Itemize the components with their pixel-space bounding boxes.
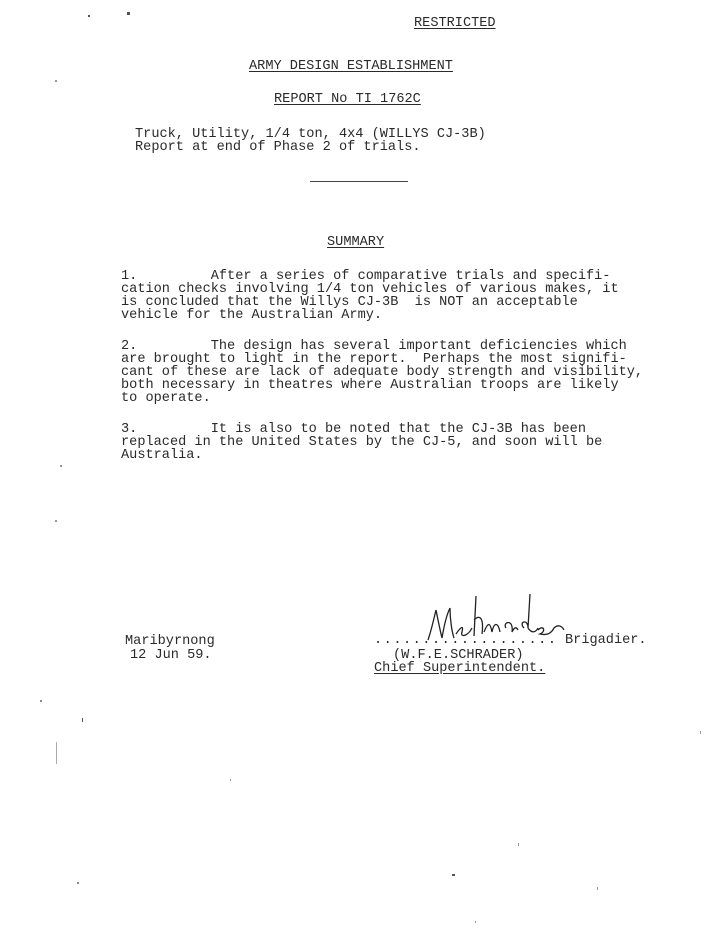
subject-line-2: Report at end of Phase 2 of trials.	[135, 142, 421, 155]
place-of-issue: Maribyrnong	[125, 636, 215, 649]
scan-speck	[127, 12, 130, 15]
scan-speck	[82, 718, 83, 722]
paragraph-line: to operate.	[121, 393, 211, 406]
scan-speck	[56, 742, 57, 764]
scan-speck	[77, 882, 79, 884]
scan-speck	[230, 779, 231, 781]
signatory-rank: Brigadier.	[565, 635, 647, 648]
scan-speck	[700, 731, 701, 734]
classification-marking: RESTRICTED	[414, 18, 496, 31]
organisation-heading: ARMY DESIGN ESTABLISHMENT	[249, 61, 453, 74]
divider-rule	[310, 181, 408, 182]
summary-heading: SUMMARY	[327, 237, 384, 250]
paragraph-line: Australia.	[121, 450, 203, 463]
scan-speck	[88, 15, 90, 17]
paragraph-line: vehicle for the Australian Army.	[121, 310, 382, 323]
scan-speck	[452, 874, 455, 876]
issue-date: 12 Jun 59.	[130, 650, 212, 663]
scan-speck	[40, 700, 42, 702]
scan-speck	[597, 887, 598, 890]
scan-speck	[55, 520, 57, 522]
scan-speck	[55, 80, 57, 82]
scan-speck	[518, 843, 519, 846]
report-number: REPORT No TI 1762C	[274, 94, 421, 107]
scan-speck	[60, 465, 62, 467]
handwritten-signature	[420, 588, 570, 648]
signatory-title: Chief Superintendent.	[374, 663, 545, 676]
scan-speck	[475, 921, 476, 923]
